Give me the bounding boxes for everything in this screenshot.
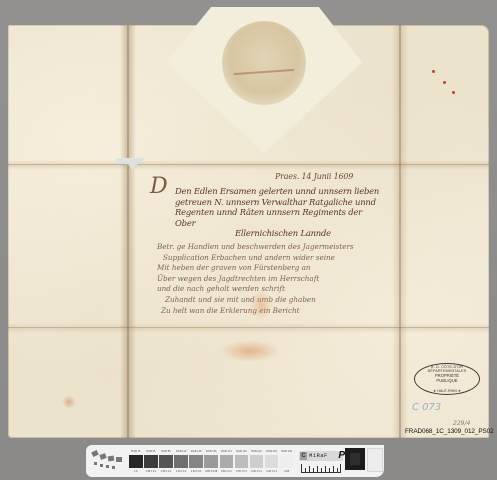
address-initial: D [150,182,167,193]
grey-patch: RGB 1161.15 ± 0.1 [174,455,188,468]
patch-value: 1.35 ± 0.1 [159,470,173,473]
address-line: Regenten unnd Räten unnsern Regiments de… [175,207,380,228]
stamp-ring-top: A. D. CÔTE-D'OR DÉPARTEMENTALES [415,365,479,373]
patch-value: 0.05 [280,470,294,473]
script-line: Zu helt wan die Erklerung ein Bericht [157,306,387,317]
script-line: und die nach geholt werden schrift [157,284,387,295]
grey-patch: RGB 161.8 [129,455,143,468]
script-line: Zuhandt und sie mit und umb die ghaben [157,295,387,306]
patch-value: 0.69 ± 0.1 [220,470,234,473]
red-stain [250,290,272,320]
patch-value: 0.85 ± 0.08 [204,470,218,473]
patch-value: 0.55 ± 0.1 [235,470,249,473]
red-stain [220,340,280,362]
red-speck [452,91,455,94]
grey-patch: RGB 851.35 ± 0.1 [159,455,173,468]
fold-line-horizontal-bottom [8,323,489,333]
patch-label: RGB 224 [265,450,279,453]
white-reference-patch [367,448,383,472]
grey-scale-patches: RGB 161.8 RGB 551.55 ± 0.1 RGB 851.35 ± … [129,455,294,468]
grey-patch: RGB 551.55 ± 0.1 [144,455,158,468]
patch-label: RGB 210 [250,450,264,453]
script-line: Supplication Erbachen und andern wider s… [157,253,387,264]
body-script: Betr. ge Handlen und beschwerden des Jag… [157,242,387,316]
black-reference-patch [345,448,365,470]
target-brand: C MiRaF P [299,451,343,461]
grey-patch: RGB 2240.28 ± 0.1 [265,455,279,468]
patch-label: RGB 138 [189,450,203,453]
red-speck [443,81,446,84]
patch-value: 1.00 ± 0.1 [189,470,203,473]
address-line: getreuen N. unnsern Verwalthar Ratgalich… [175,197,380,208]
grey-patch: RGB 1560.85 ± 0.08 [204,455,218,468]
file-id-label: FRAD068_1C_1309_012_PS02 [405,428,494,435]
wax-seal-icon [222,21,306,105]
brand-logo-icon: C [300,452,307,460]
pencil-folio: 229/4 [453,420,470,427]
red-stain [62,395,76,409]
patch-label: RGB 156 [204,450,218,453]
grey-patch: RGB 1381.00 ± 0.1 [189,455,203,468]
brand-mark: P [338,450,345,461]
stamp-center-line: PUBLIQUE [415,379,479,384]
address-line: Den Edlen Ersamen gelerten unnd unnsern … [175,186,380,197]
pencil-cote: C 073 [412,402,441,413]
patch-value: 1.55 ± 0.1 [144,470,158,473]
brand-name: MiRaF [309,452,328,459]
patch-label: RGB 116 [174,450,188,453]
stamp-ring-bottom: ★ HAUT-RHIN ★ [415,389,479,393]
date-note: Praes. 14 Junii 1609 [275,172,353,183]
patch-label: RGB 174 [220,450,234,453]
patch-label: RGB 85 [159,450,173,453]
fold-line-vertical-left [120,25,136,438]
script-line: Betr. ge Handlen und beschwerden des Jag… [157,242,387,253]
patch-value: 1.15 ± 0.1 [174,470,188,473]
script-line: Über wegen des Jagdtrechten im Herrschaf… [157,274,387,285]
grey-patch: RGB 2400.05 [280,455,294,468]
patch-label: RGB 240 [280,450,294,453]
grey-patch: RGB 1740.69 ± 0.1 [220,455,234,468]
color-target: RGB 161.8 RGB 551.55 ± 0.1 RGB 851.35 ± … [86,445,384,477]
address-line: Ellernichischen Lannde [175,228,380,239]
address-lines: Den Edlen Ersamen gelerten unnd unnsern … [175,186,380,239]
patch-value: 0.28 ± 0.1 [265,470,279,473]
patch-value: 0.40 ± 0.1 [250,470,264,473]
grey-patch: RGB 1920.55 ± 0.1 [235,455,249,468]
patch-label: RGB 192 [235,450,249,453]
red-speck [432,70,435,73]
ruler-scale [301,464,341,473]
patch-value: 1.8 [129,470,143,473]
stamp-center: PROPRIÉTÉ PUBLIQUE [415,374,479,383]
patch-label: RGB 55 [144,450,158,453]
registration-marks-icon [90,449,124,473]
archive-stamp: A. D. CÔTE-D'OR DÉPARTEMENTALES PROPRIÉT… [414,363,480,395]
fold-line-horizontal-top [8,160,489,170]
patch-label: RGB 16 [129,450,143,453]
fold-line-vertical-right [392,25,408,438]
script-line: Mit heben der graven von Fürstenberg an [157,263,387,274]
grey-patch: RGB 2100.40 ± 0.1 [250,455,264,468]
